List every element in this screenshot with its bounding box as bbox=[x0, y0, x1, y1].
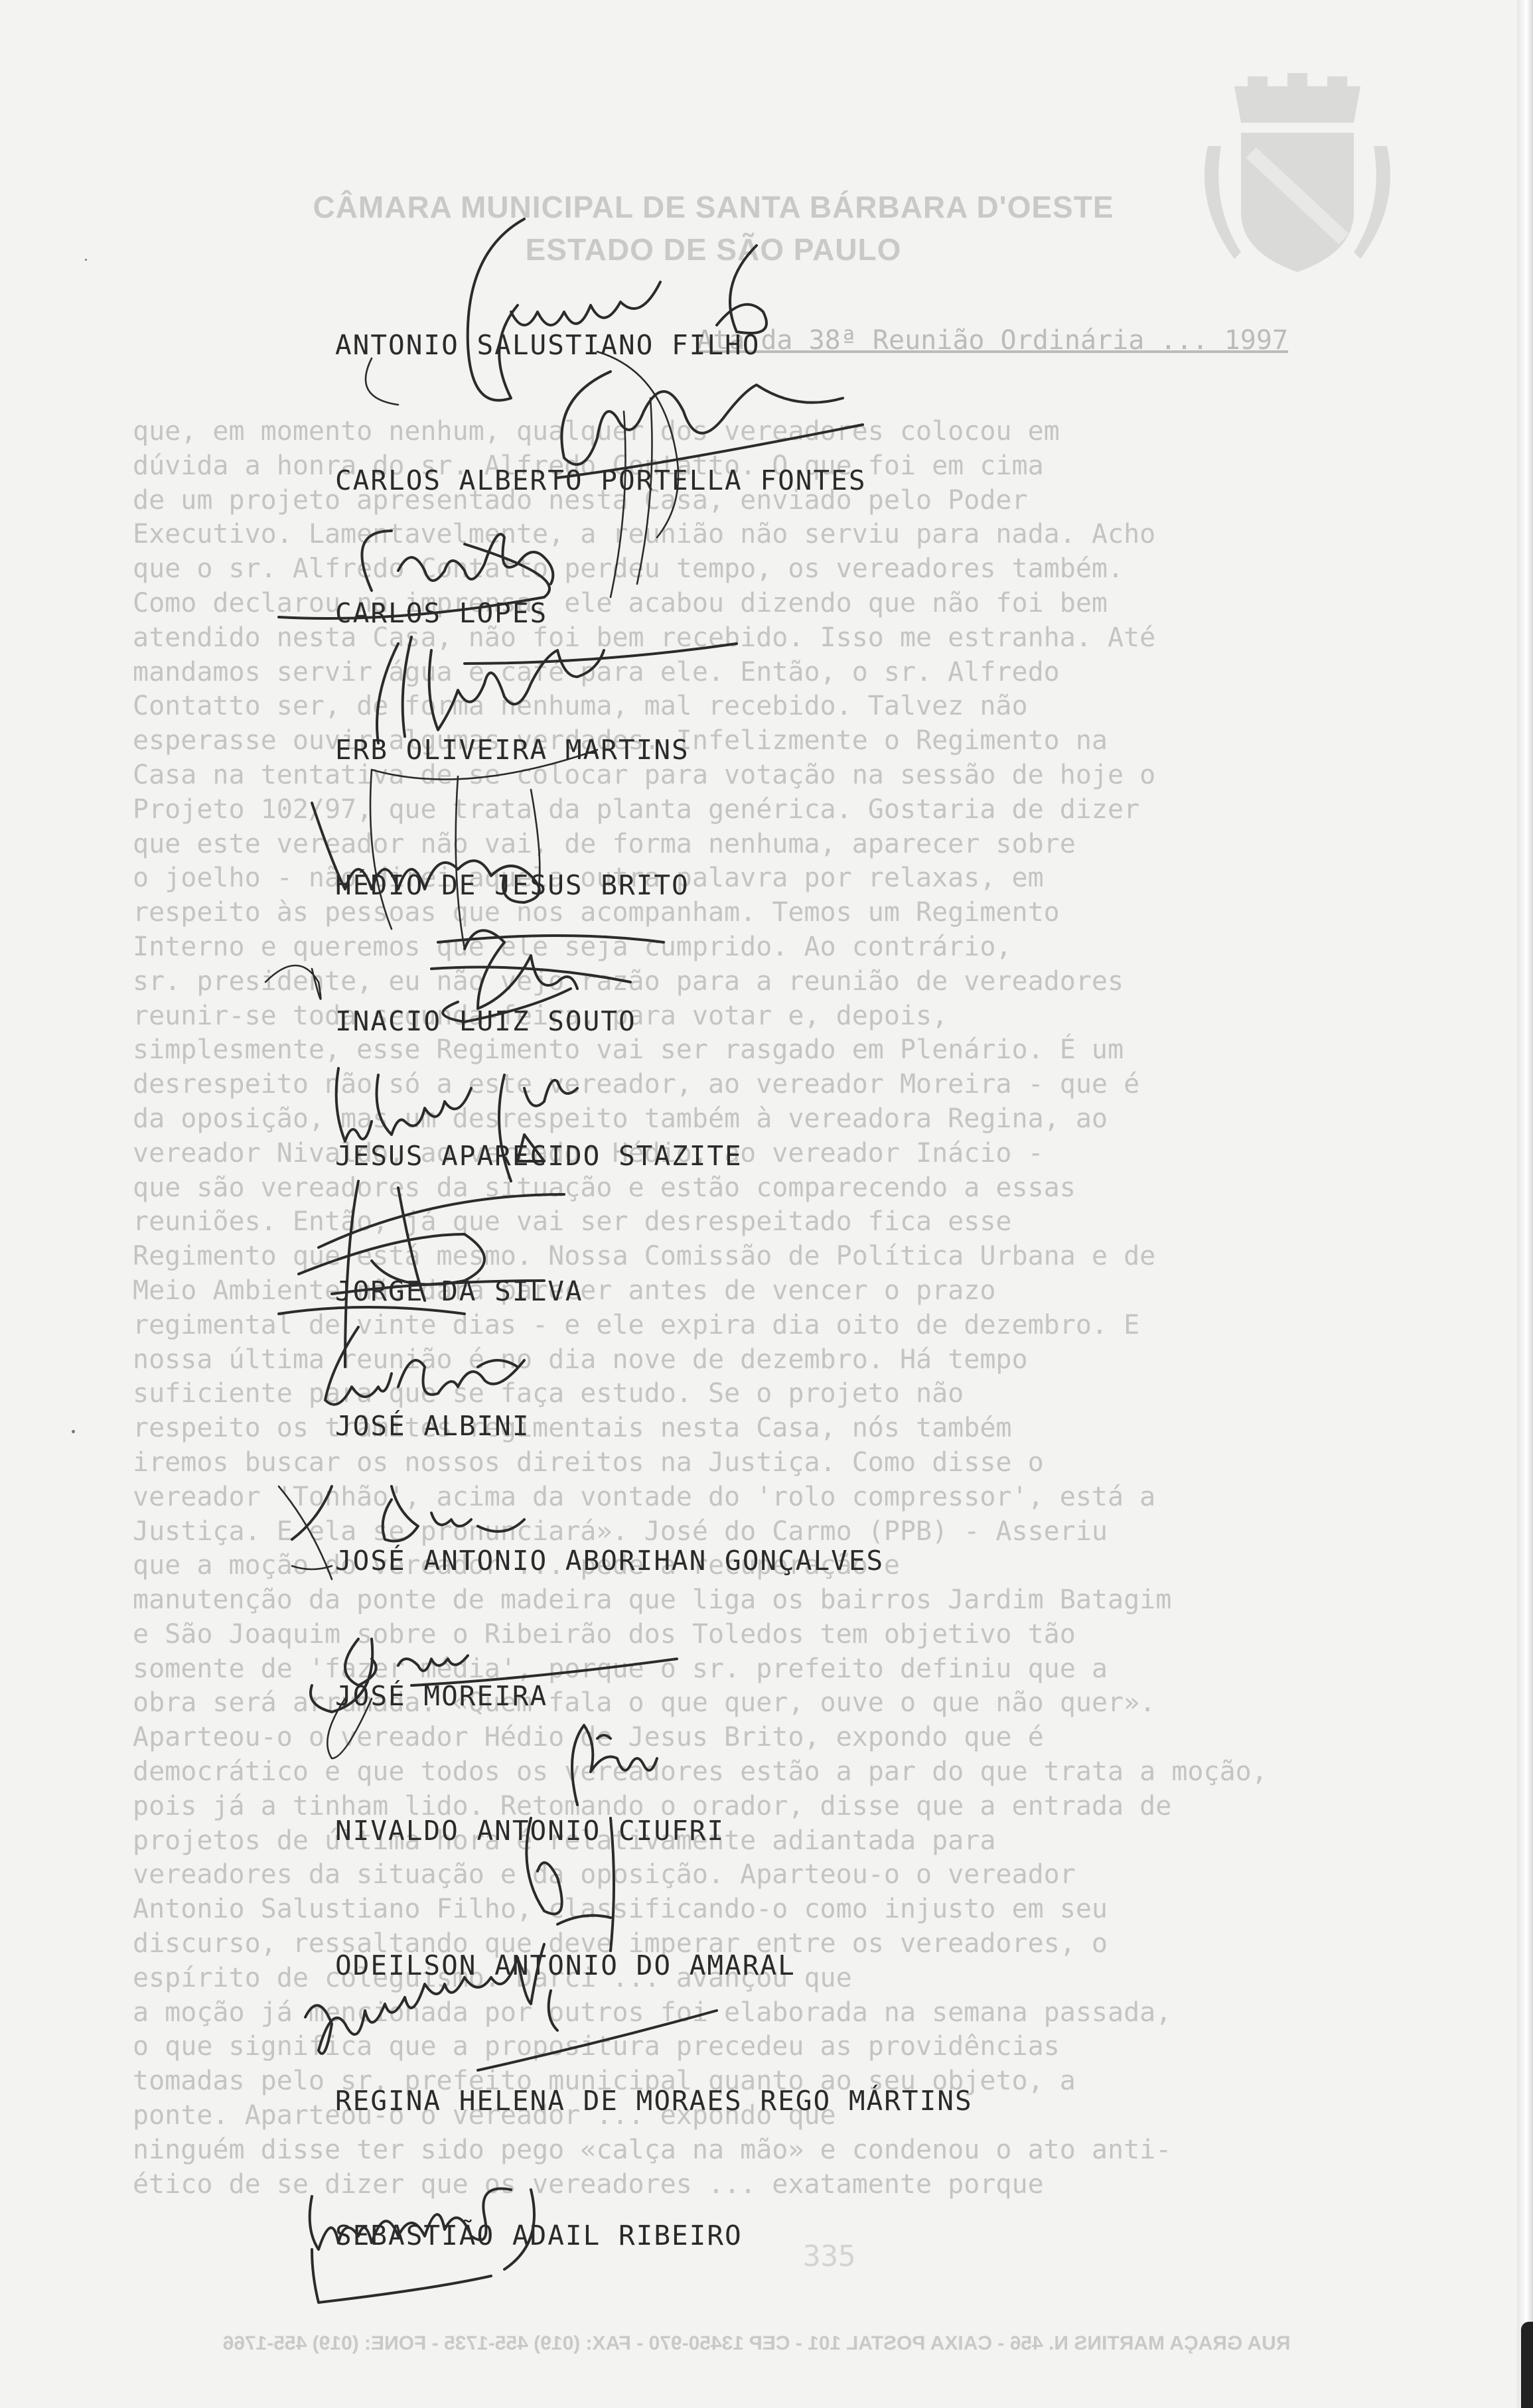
signatory-name: CARLOS ALBERTO PORTELLA FONTES bbox=[335, 464, 867, 496]
signatory-name: ANTONIO SALUSTIANO FILHO bbox=[335, 329, 760, 361]
signatory-name: INACIO LUIZ SOUTO bbox=[335, 1005, 636, 1037]
signatory-name: SEBASTIÃO ADAIL RIBEIRO bbox=[335, 2220, 743, 2251]
signatory-name: HÉDIO DE JESUS BRITO bbox=[335, 869, 690, 901]
signatory-name: JOSÉ MOREIRA bbox=[335, 1680, 547, 1712]
signatory-name: ODEILSON ANTONIO DO AMARAL bbox=[335, 1949, 796, 1981]
signatory-name: ERB OLIVEIRA MARTINS bbox=[335, 734, 690, 766]
signature-list: ANTONIO SALUSTIANO FILHO CARLOS ALBERTO … bbox=[0, 0, 1533, 2408]
signatory-name: REGINA HELENA DE MORAES REGO MÁRTINS bbox=[335, 2085, 973, 2117]
signatory-name: CARLOS LOPES bbox=[335, 597, 547, 629]
signatory-name: JORGE DA SILVA bbox=[335, 1275, 583, 1307]
signatory-name: JOSÉ ALBINI bbox=[335, 1410, 530, 1442]
document-page: CÂMARA MUNICIPAL DE SANTA BÁRBARA D'OEST… bbox=[0, 0, 1533, 2408]
signatory-name: NIVALDO ANTONIO CIUFRI bbox=[335, 1815, 725, 1847]
signatory-name: JESUS APARECIDO STAZITE bbox=[335, 1140, 743, 1172]
signatory-name: JOSÉ ANTONIO ABORIHAN GONÇALVES bbox=[335, 1545, 884, 1577]
